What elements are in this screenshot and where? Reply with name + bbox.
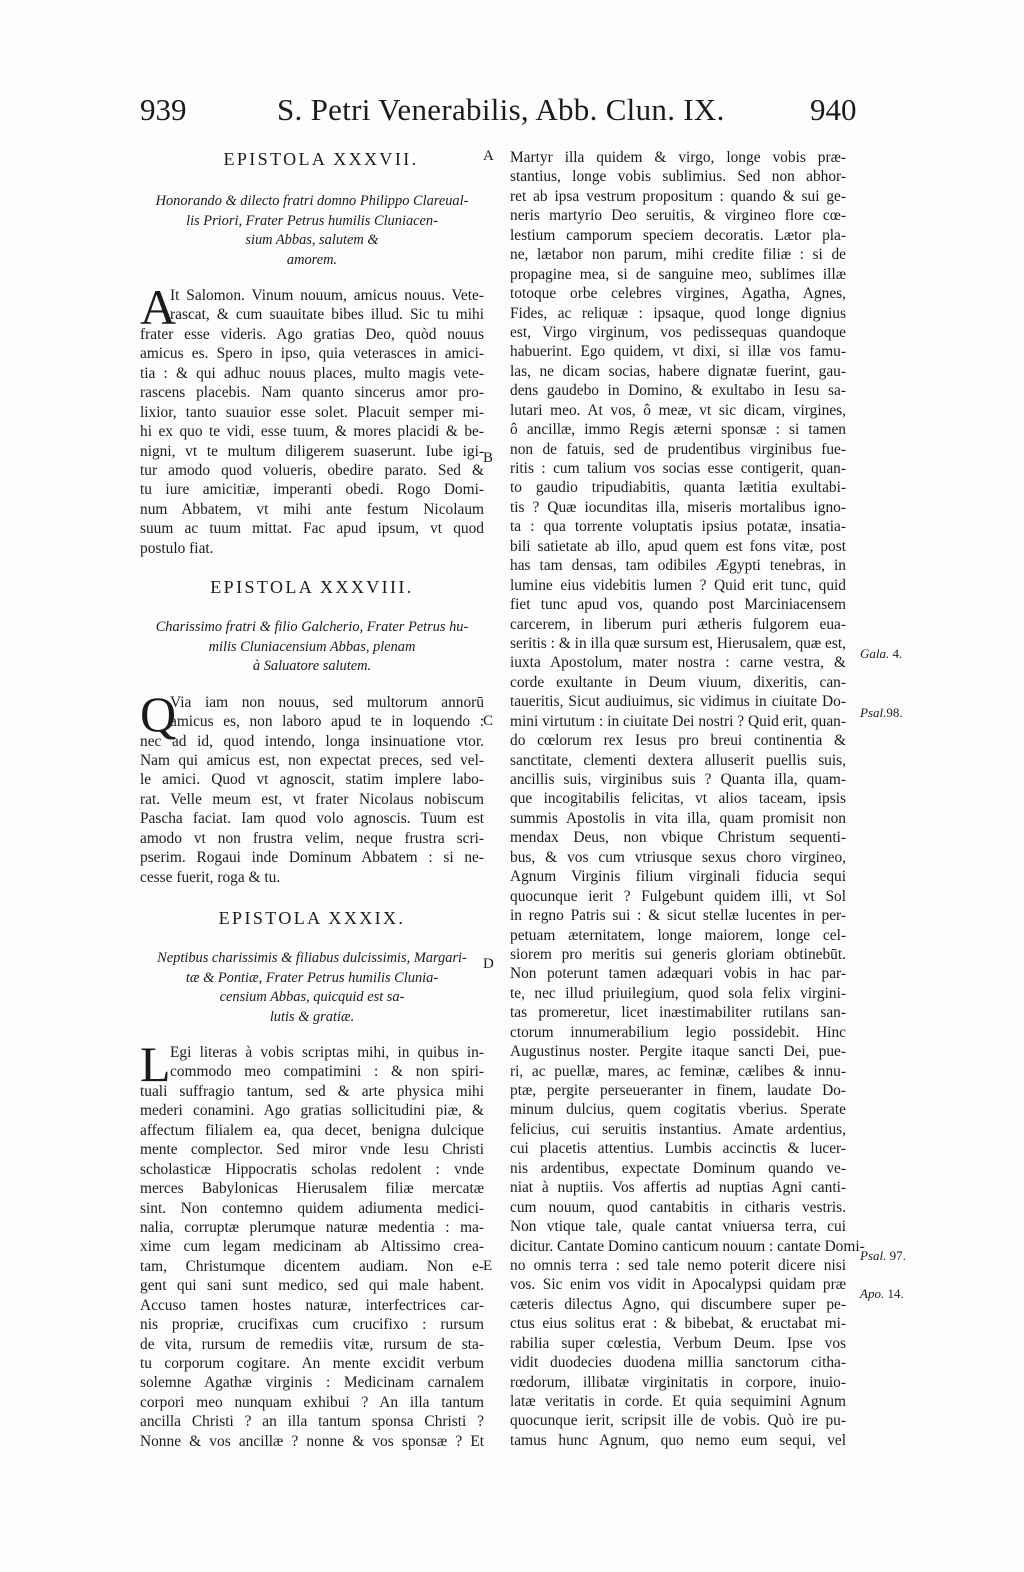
text-line: rascens placebis. Nam quanto sincerus am… <box>140 383 484 402</box>
drop-cap: L <box>140 1044 171 1084</box>
text-line: Non vtique tale, quale cantat vniuersa t… <box>510 1217 846 1236</box>
text-line: tam, Christumque dicentem audiam. Non e- <box>140 1257 484 1276</box>
text-line: est, Virgo virginum, vos pedissequas qua… <box>510 323 846 342</box>
text-line: cui placetis attentius. Lumbis accinctis… <box>510 1139 846 1158</box>
epistle-body-39: L Egi literas à vobis scriptas mihi, in … <box>140 1043 484 1451</box>
left-column: EPISTOLA XXXVII. Honorando & dilecto fra… <box>140 148 484 1451</box>
text-line: amicus es. Spero in ipso, quia veterasce… <box>140 344 484 363</box>
text-line: tuali suffragio tantum, sed & arte physi… <box>140 1082 484 1101</box>
drop-cap: A <box>140 287 176 327</box>
text-line: ritis : cum talium vos socias esse conti… <box>510 459 846 478</box>
text-line: Fides, ac reliquæ : ipsaque, quod longe … <box>510 304 846 323</box>
drop-cap: Q <box>140 694 176 734</box>
text-line: cæteris dilectus Agno, qui discumbere su… <box>510 1295 846 1314</box>
text-line: ô ancillæ, immo Regis æterni sponsæ : si… <box>510 420 846 439</box>
text-line: Via iam non nouus, sed multorum annorū <box>140 693 484 712</box>
text-line: mederi conamini. Ago gratias sollicitudi… <box>140 1101 484 1120</box>
text-line: corde exultante in Deum viuum, dixeritis… <box>510 673 846 692</box>
epistle-body-37: A It Salomon. Vinum nouum, amicus nouus.… <box>140 286 484 558</box>
text-line: lumine eius videbitis lumen ? Quid erit … <box>510 576 846 595</box>
text-line: mini virtutum : in ciuitate Dei nostri ?… <box>510 712 846 731</box>
text-line: niat à nuptiis. Vos affertis ad nuptias … <box>510 1178 846 1197</box>
text-line: tis ? Quæ iocunditas illa, miseris morta… <box>510 498 846 517</box>
text-line: bili satietate ab illo, apud quem est fo… <box>510 537 846 556</box>
text-line: siorem pro meritis sui generis gloriam o… <box>510 945 846 964</box>
text-line: num Abbatem, vt mihi ante festum Nicolau… <box>140 500 484 519</box>
salutation-line: censium Abbas, quicquid est sa- <box>140 988 484 1008</box>
text-line: nigni, vt te multum diligerem suaserunt.… <box>140 442 484 461</box>
text-line: ri, ac puellæ, mares, ac feminæ, cælibes… <box>510 1062 846 1081</box>
text-line: tia : & qui adhuc nouus places, multo ma… <box>140 364 484 383</box>
salutation-38: Charissimo fratri & filio Galcherio, Fra… <box>140 618 484 677</box>
salutation-line: lis Priori, Frater Petrus humilis Clunia… <box>140 212 484 232</box>
text-line: hi ex quo te vidi, esse tuum, & mores pl… <box>140 422 484 441</box>
page-number-left: 939 <box>140 92 187 128</box>
section-marker-b: B <box>483 450 493 467</box>
text-line: do cœlorum rex Iesus pro breui continent… <box>510 731 846 750</box>
text-line: rœdorum, illibatæ virginitatis in corpor… <box>510 1373 846 1392</box>
text-line: de vita, rursum de remediis vitæ, rursum… <box>140 1335 484 1354</box>
text-line: ne, lætabor non parum, mihi credite fili… <box>510 245 846 264</box>
text-line: Egi literas à vobis scriptas mihi, in qu… <box>140 1043 484 1062</box>
text-line: le amici. Quod vt agnoscit, statim imple… <box>140 770 484 789</box>
text-line: frater esse videris. Ago gratias Deo, qu… <box>140 325 484 344</box>
text-line: nec ad id, quod intendo, longa insinuati… <box>140 732 484 751</box>
text-line: quocunque ierit, scripsit ille de vobis.… <box>510 1411 846 1430</box>
text-line: nis ardentibus, expectate Dominum quando… <box>510 1159 846 1178</box>
text-line: lutari meo. At vos, ô meæ, vt sic dicam,… <box>510 401 846 420</box>
text-line: tur amodo quod volueris, obedire parato.… <box>140 461 484 480</box>
text-line: que incogitabilis felicitas, vt alios ta… <box>510 789 846 808</box>
margin-note-gala: Gala. 4. <box>860 646 902 662</box>
text-line: ancilla Christi ? an illa tantum sponsa … <box>140 1412 484 1431</box>
text-line: affectum filialem ea, qua decet, benigna… <box>140 1121 484 1140</box>
salutation-line: à Saluatore salutem. <box>140 657 484 677</box>
text-line: xime cum legam medicinam ab Altissimo cr… <box>140 1237 484 1256</box>
section-marker-a: A <box>483 148 494 165</box>
text-line: tu corporum cogitare. An mente excidit v… <box>140 1354 484 1373</box>
epistle-title-39: EPISTOLA XXXIX. <box>140 907 484 929</box>
text-line: taueritis, Sicut audiuimus, sic vidimus … <box>510 692 846 711</box>
text-line: Non poterunt tamen adæquari vobis in hac… <box>510 964 846 983</box>
page-number-right: 940 <box>810 92 857 128</box>
text-line: rat. Velle meum est, vt frater Nicolaus … <box>140 790 484 809</box>
text-line: te, nec illud priuilegium, quod sola fel… <box>510 984 846 1003</box>
text-line: quocunque ierit ? Fulgebunt quidem illi,… <box>510 887 846 906</box>
text-line: tu iure amicitiæ, imperanti obedi. Rogo … <box>140 480 484 499</box>
salutation-line: tæ & Pontiæ, Frater Petrus humilis Cluni… <box>140 969 484 989</box>
text-line: commodo meo compatimini : & non spiri- <box>140 1062 484 1081</box>
text-line: ta : qua torrente voluptatis ipsius pota… <box>510 517 846 536</box>
text-line: Martyr illa quidem & virgo, longe vobis … <box>510 148 846 167</box>
salutation-37: Honorando & dilecto fratri domno Philipp… <box>140 192 484 270</box>
margin-note-psal-98: Psal.98. <box>860 705 903 721</box>
salutation-39: Neptibus charissimis & filiabus dulcissi… <box>140 949 484 1027</box>
text-line: carcerem, in liberum puri ætheris fulgor… <box>510 615 846 634</box>
text-line: to gaudio tripudiabitis, quanta lætitia … <box>510 478 846 497</box>
text-line: ctus eius solitus erat : & bibebat, & er… <box>510 1314 846 1333</box>
text-line: merces Babylonicas Hierusalem filiæ merc… <box>140 1179 484 1198</box>
text-line: amodo vt non frustra velim, neque frustr… <box>140 829 484 848</box>
text-line: vos. Sic enim vos vidit in Apocalypsi qu… <box>510 1275 846 1294</box>
epistle-title-37: EPISTOLA XXXVII. <box>140 148 484 170</box>
text-line: lixior, tanto suauior esse solet. Placui… <box>140 403 484 422</box>
text-line: has tam densas, tam odibiles Ægypti tene… <box>510 556 846 575</box>
text-line: amicus es, non laboro apud te in loquend… <box>140 712 484 731</box>
text-line: pserim. Rogaui inde Dominum Abbatem : si… <box>140 848 484 867</box>
running-title: S. Petri Venerabilis, Abb. Clun. IX. <box>277 92 725 128</box>
salutation-line: sium Abbas, salutem & <box>140 231 484 251</box>
section-marker-c: C <box>483 713 493 730</box>
text-line: neris martyrio Deo seruitis, & virgineo … <box>510 206 846 225</box>
text-line: It Salomon. Vinum nouum, amicus nouus. V… <box>140 286 484 305</box>
text-line: minum dulcius, quem cogitatis vberius. S… <box>510 1100 846 1119</box>
text-line: mendax Deus, non vbique Christum sequent… <box>510 828 846 847</box>
text-line: seritis : & in illa quæ sursum est, Hier… <box>510 634 846 653</box>
salutation-line: Charissimo fratri & filio Galcherio, Fra… <box>140 618 484 638</box>
text-line: rascat, & cum suauitate bibes illud. Sic… <box>140 305 484 324</box>
text-line: latæ veritatis in corde. Et quia sequimi… <box>510 1392 846 1411</box>
right-column: A B C D E Gala. 4. Psal.98. Psal. 97. Ap… <box>510 148 846 1450</box>
text-line: corpori meo nunquam exhibui ? An illa ta… <box>140 1393 484 1412</box>
text-line: rabilia super cœlestia, Verbum Deum. Ips… <box>510 1334 846 1353</box>
text-line: habuerint. Ego quidem, vt dixi, si illæ … <box>510 342 846 361</box>
text-line: totoque orbe celebres virgines, Agatha, … <box>510 284 846 303</box>
text-line: petuam æternitatem, longe maiorem, longe… <box>510 926 846 945</box>
margin-note-apo-14: Apo. 14. <box>860 1286 904 1302</box>
text-line: nis propriæ, crucifixas cum crucifixo : … <box>140 1315 484 1334</box>
salutation-line: Neptibus charissimis & filiabus dulcissi… <box>140 949 484 969</box>
text-line: Accuso tamen hostes naturæ, interfectric… <box>140 1296 484 1315</box>
text-line: no omnis terra : sed tale nemo poterit d… <box>510 1256 846 1275</box>
text-line: Nam qui amicus est, non expectat preces,… <box>140 751 484 770</box>
text-line: suum ac tuum mittat. Fac apud ipsum, vt … <box>140 519 484 538</box>
salutation-line: Honorando & dilecto fratri domno Philipp… <box>140 192 484 212</box>
text-line: sanctitate, clementi dextera alluserit p… <box>510 751 846 770</box>
text-line: las, ne dicam socias, habere dignatæ fue… <box>510 362 846 381</box>
text-line: ptæ, pergite perseueranter in finem, lau… <box>510 1081 846 1100</box>
salutation-line: milis Cluniacensium Abbas, plenam <box>140 638 484 658</box>
text-line: cum nouum, quod cantabitis in citharis v… <box>510 1198 846 1217</box>
text-line: non de fatuis, sed de prudentibus virgin… <box>510 440 846 459</box>
text-line: summis Apostolis in vita illa, quam prom… <box>510 809 846 828</box>
text-line: postulo fiat. <box>140 539 484 558</box>
text-line: nalia, corruptæ plerumque naturæ medenti… <box>140 1218 484 1237</box>
right-column-text: Martyr illa quidem & virgo, longe vobis … <box>510 148 846 1450</box>
text-line: ret ab ipsa vestrum propositum : quando … <box>510 187 846 206</box>
text-line: propagine mea, si de sanguine meo, subli… <box>510 265 846 284</box>
epistle-body-38: Q Via iam non nouus, sed multorum annorū… <box>140 693 484 887</box>
text-line: ctorum innumerabilium legio possidebit. … <box>510 1023 846 1042</box>
text-line: stantius, longe vobis sublimius. Sed non… <box>510 167 846 186</box>
text-line: cesse fuerit, roga & tu. <box>140 868 484 887</box>
text-line: Agnum Virginis filium virginali fiducia … <box>510 867 846 886</box>
text-line: fiet tunc apud vos, quando post Marcinia… <box>510 595 846 614</box>
text-line: Nonne & vos ancillæ ? nonne & vos sponsæ… <box>140 1432 484 1451</box>
text-line: in regno Patris sui : & sicut stellæ luc… <box>510 906 846 925</box>
section-marker-d: D <box>483 956 494 973</box>
text-line: bus, & vos cum vtriusque sexus choro vir… <box>510 848 846 867</box>
text-line: ancillis suis, virginibus suis ? Quanta … <box>510 770 846 789</box>
text-line: iuxta Apostolum, mater nostra : carne ve… <box>510 653 846 672</box>
text-line: tamus hunc Agnum, quo nemo eum sequi, ve… <box>510 1431 846 1450</box>
text-line: dicitur. Cantate Domino canticum nouum :… <box>510 1237 846 1256</box>
text-line: lestium camporum speciem decoratis. Læto… <box>510 226 846 245</box>
text-line: Pascha faciat. Iam quod volo agnoscis. T… <box>140 809 484 828</box>
text-line: sint. Non contemno quidem adiumenta medi… <box>140 1199 484 1218</box>
text-line: solemne Agathæ virginis : Medicinam carn… <box>140 1373 484 1392</box>
margin-note-psal-97: Psal. 97. <box>860 1248 906 1264</box>
text-line: mente complector. Sed miror vnde Iesu Ch… <box>140 1140 484 1159</box>
text-line: felicius, cui seruitis instantius. Amate… <box>510 1120 846 1139</box>
text-line: gent qui sani sunt medico, sed qui male … <box>140 1276 484 1295</box>
text-line: vidit duodecies duodena millia sanctorum… <box>510 1353 846 1372</box>
salutation-line: amorem. <box>140 251 484 271</box>
text-line: dens gaudebo in Domino, & exultabo in Ie… <box>510 381 846 400</box>
salutation-line: lutis & gratiæ. <box>140 1008 484 1028</box>
text-line: tas promeretur, licet inæstimabiliter ru… <box>510 1003 846 1022</box>
section-marker-e: E <box>483 1258 492 1275</box>
text-line: scholasticæ Hippocratis scholas redolent… <box>140 1160 484 1179</box>
text-line: Augustinus noster. Pergite itaque sancti… <box>510 1042 846 1061</box>
epistle-title-38: EPISTOLA XXXVIII. <box>140 576 484 598</box>
running-head: 939 S. Petri Venerabilis, Abb. Clun. IX.… <box>0 92 1024 136</box>
